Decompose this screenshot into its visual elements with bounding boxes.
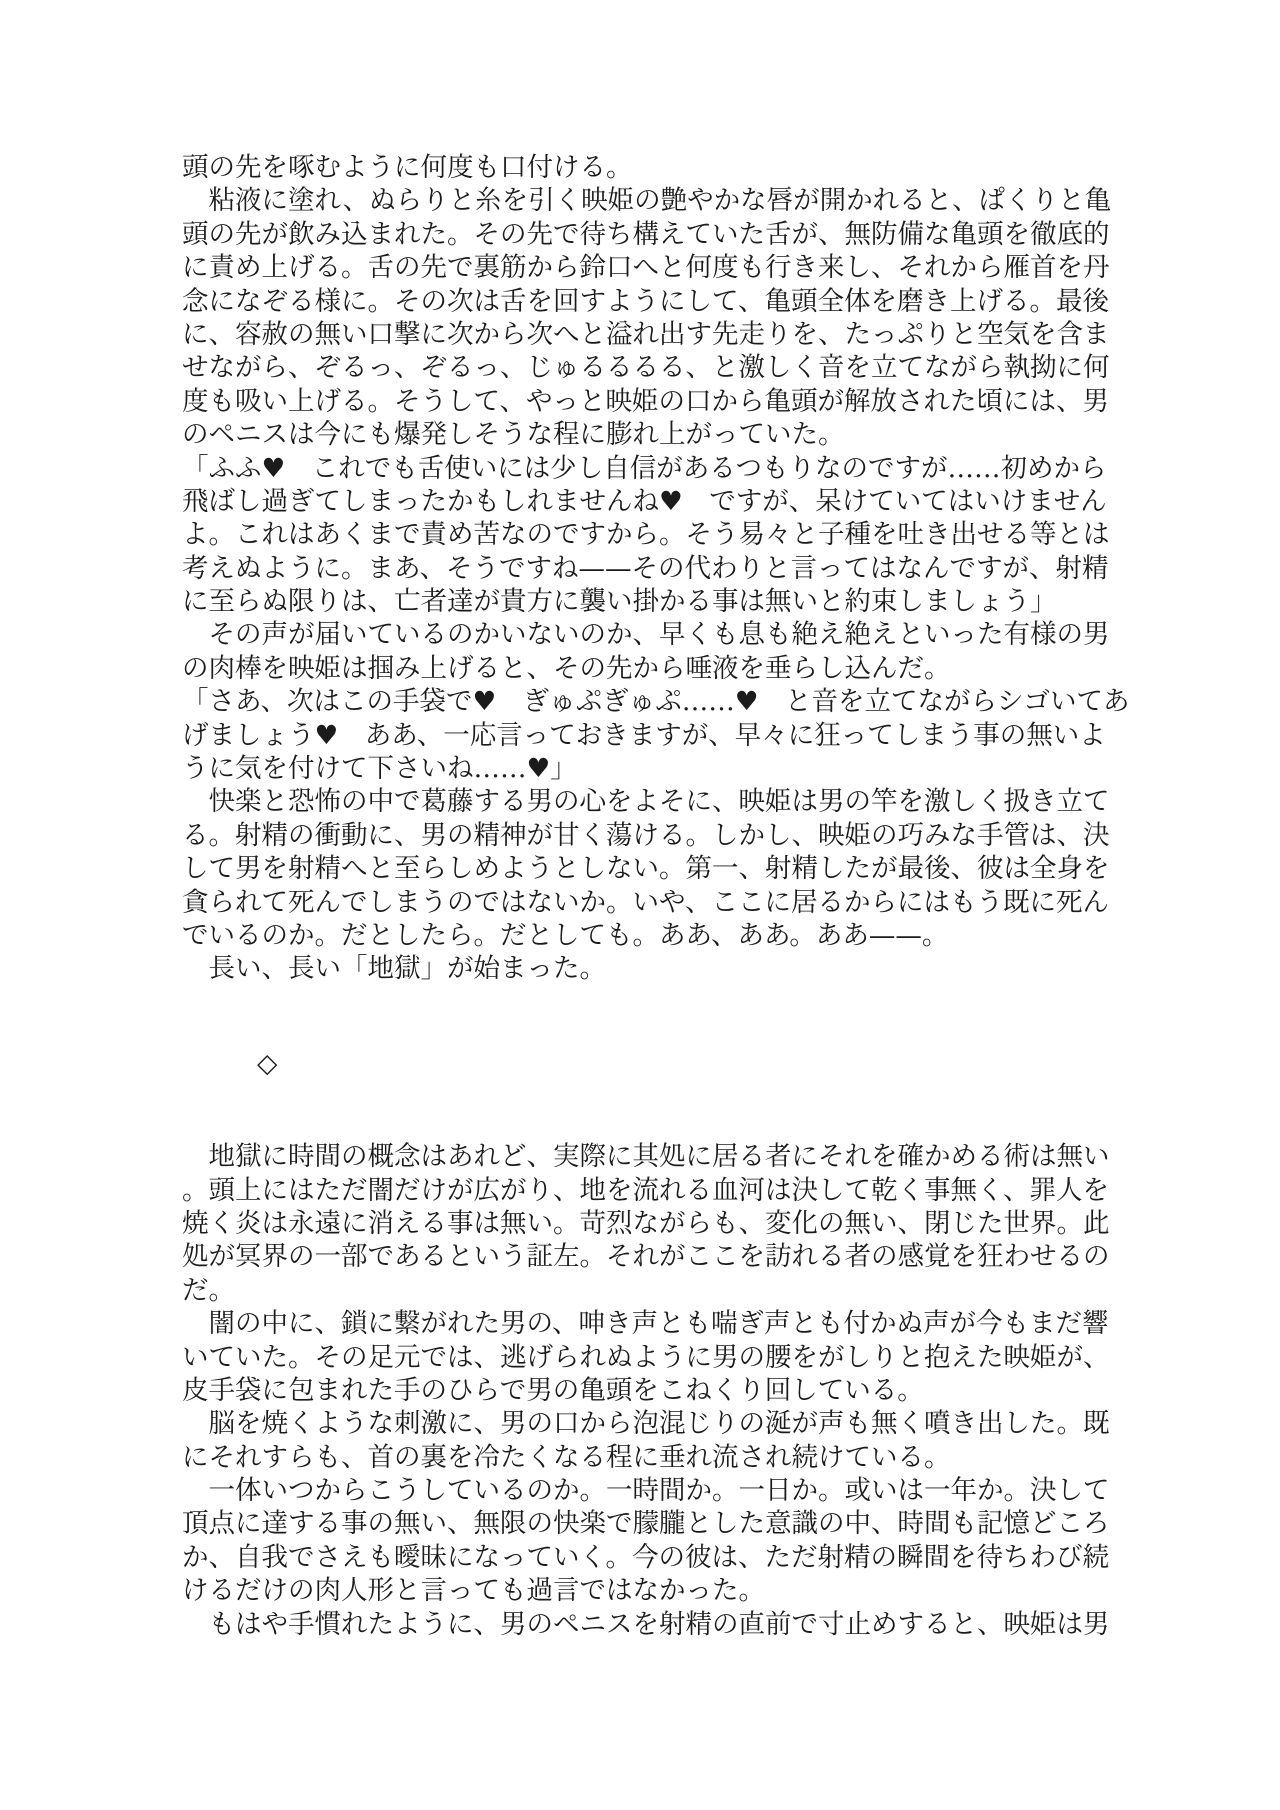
text-line: 考えぬように。まあ、そうですね——その代わりと言ってはなんですが、射精 xyxy=(182,552,1124,585)
text-line: 処が冥界の一部であるという証左。それがここを訪れる者の感覚を狂わせるの xyxy=(182,1240,1124,1273)
text-line: でいるのか。だとしたら。だとしても。ああ、ああ。ああ——。 xyxy=(182,919,1124,952)
text-line: にそれすらも、首の裏を冷たくなる程に垂れ流され続けている。 xyxy=(182,1441,1124,1474)
text-line: げましょう♥ ああ、一応言っておきますが、早々に狂ってしまう事の無いよ xyxy=(182,719,1124,752)
text-line: いていた。その足元では、逃げられぬように男の腰をがしりと抱えた映姫が、 xyxy=(182,1341,1124,1374)
text-line: か、自我でさえも曖昧になっていく。今の彼は、ただ射精の瞬間を待ちわび続 xyxy=(182,1541,1124,1574)
text-line: の肉棒を映姫は掴み上げると、その先から唾液を垂らし込んだ。 xyxy=(182,652,1124,685)
text-line: 。頭上にはただ闇だけが広がり、地を流れる血河は決して乾く事無く、罪人を xyxy=(182,1174,1124,1207)
text-line: 脳を焼くような刺激に、男の口から泡混じりの涎が声も無く噴き出した。既 xyxy=(182,1407,1124,1440)
text-line: 念になぞる様に。その次は舌を回すようにして、亀頭全体を磨き上げる。最後 xyxy=(182,285,1124,318)
text-line: 焼く炎は永遠に消える事は無い。苛烈ながらも、変化の無い、閉じた世界。此 xyxy=(182,1207,1124,1240)
text-line: 頂点に達する事の無い、無限の快楽で朦朧とした意識の中、時間も記憶どころ xyxy=(182,1507,1124,1540)
text-line: 闇の中に、鎖に繋がれた男の、呻き声とも喘ぎ声とも付かぬ声が今もまだ響 xyxy=(182,1307,1124,1340)
text-line: に、容赦の無い口撃に次から次へと溢れ出す先走りを、たっぷりと空気を含ま xyxy=(182,318,1124,351)
section-divider-diamond: ◇ xyxy=(182,1047,1124,1080)
text-line: 度も吸い上げる。そうして、やっと映姫の口から亀頭が解放された頃には、男 xyxy=(182,385,1124,418)
text-line: して男を射精へと至らしめようとしない。第一、射精したが最後、彼は全身を xyxy=(182,852,1124,885)
text-line: 一体いつからこうしているのか。一時間か。一日か。或いは一年か。決して xyxy=(182,1474,1124,1507)
text-line: 飛ばし過ぎてしまったかもしれませんね♥ ですが、呆けていてはいけません xyxy=(182,485,1124,518)
text-line: 皮手袋に包まれた手のひらで男の亀頭をこねくり回している。 xyxy=(182,1374,1124,1407)
text-line: 貪られて死んでしまうのではないか。いや、ここに居るからにはもう既に死ん xyxy=(182,886,1124,919)
text-line: 長い、長い「地獄」が始まった。 xyxy=(182,952,1124,985)
text-line: 「ふふ♥ これでも舌使いには少し自信があるつもりなのですが……初めから xyxy=(182,452,1124,485)
text-line: に至らぬ限りは、亡者達が貴方に襲い掛かる事は無いと約束しましょう」 xyxy=(182,585,1124,618)
text-line: よ。これはあくまで責め苦なのですから。そう易々と子種を吐き出せる等とは xyxy=(182,518,1124,551)
text-line: 粘液に塗れ、ぬらりと糸を引く映姫の艶やかな唇が開かれると、ぱくりと亀 xyxy=(182,184,1124,217)
text-line: 快楽と恐怖の中で葛藤する男の心をよそに、映姫は男の竿を激しく扱き立て xyxy=(182,785,1124,818)
text-line: その声が届いているのかいないのか、早くも息も絶え絶えといった有様の男 xyxy=(182,618,1124,651)
text-line: うに気を付けて下さいね……♥」 xyxy=(182,752,1124,785)
text-block: 頭の先を啄むように何度も口付ける。 粘液に塗れ、ぬらりと糸を引く映姫の艶やかな唇… xyxy=(182,151,1124,1641)
text-line: 頭の先を啄むように何度も口付ける。 xyxy=(182,151,1124,184)
text-line: のペニスは今にも爆発しそうな程に膨れ上がっていた。 xyxy=(182,418,1124,451)
text-line: けるだけの肉人形と言っても過言ではなかった。 xyxy=(182,1574,1124,1607)
text-line: に責め上げる。舌の先で裏筋から鈴口へと何度も行き来し、それから雁首を丹 xyxy=(182,251,1124,284)
text-line: せながら、ぞるっ、ぞるっ、じゅるるるる、と激しく音を立てながら執拗に何 xyxy=(182,351,1124,384)
text-line: る。射精の衝動に、男の精神が甘く蕩ける。しかし、映姫の巧みな手管は、決 xyxy=(182,819,1124,852)
text-line: 地獄に時間の概念はあれど、実際に其処に居る者にそれを確かめる術は無い xyxy=(182,1140,1124,1173)
text-line: だ。 xyxy=(182,1274,1124,1307)
text-line: 「さあ、次はこの手袋で♥ ぎゅぷぎゅぷ……♥ と音を立てながらシゴいてあ xyxy=(182,685,1124,718)
text-line: もはや手慣れたように、男のペニスを射精の直前で寸止めすると、映姫は男 xyxy=(182,1608,1124,1641)
document-page: 頭の先を啄むように何度も口付ける。 粘液に塗れ、ぬらりと糸を引く映姫の艶やかな唇… xyxy=(0,0,1280,1810)
text-line: 頭の先が飲み込まれた。その先で待ち構えていた舌が、無防備な亀頭を徹底的 xyxy=(182,218,1124,251)
